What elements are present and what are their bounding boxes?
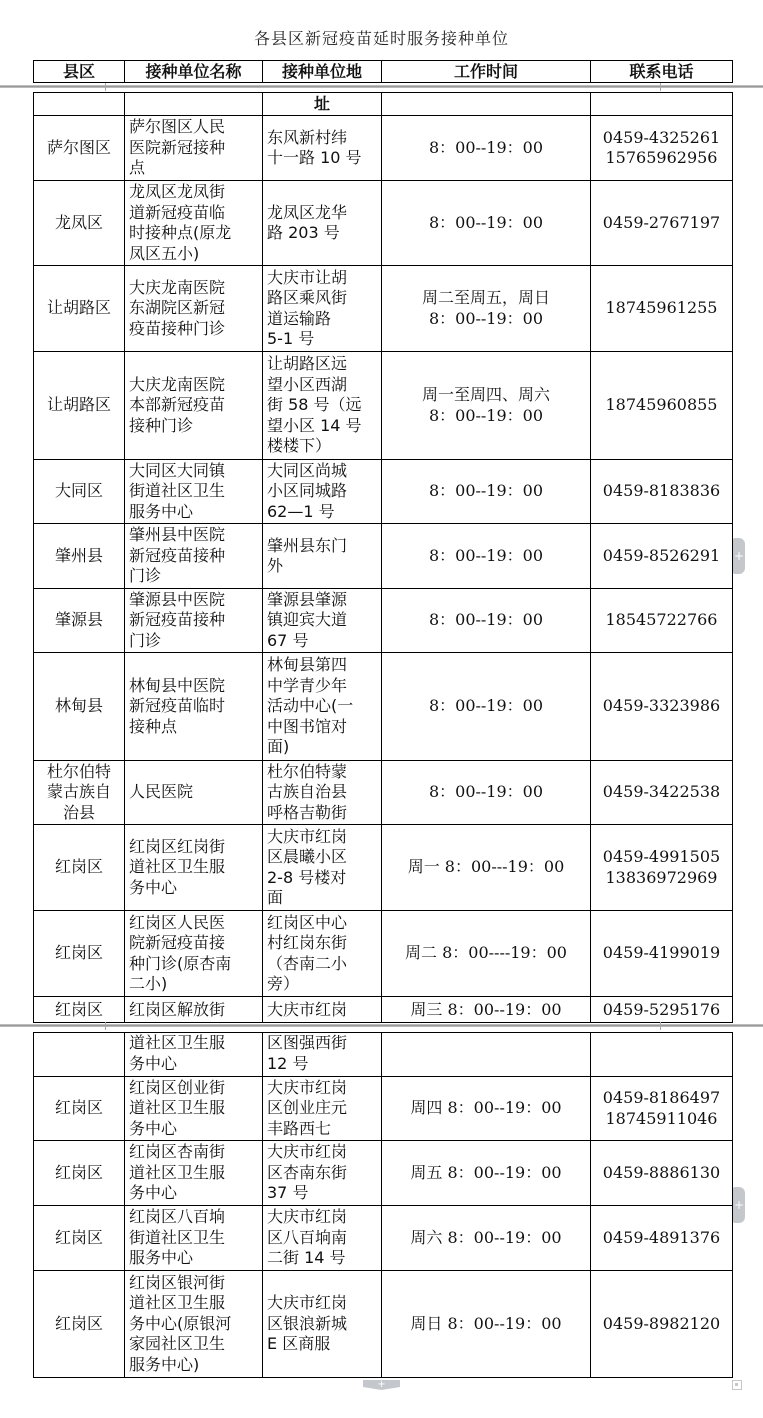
page-break-tick: [660, 1022, 661, 1030]
address-cell: 东风新村纬十一路 10 号: [263, 116, 382, 181]
hours-cell: 周二至周五，周日8：00--19：00: [382, 266, 591, 352]
address-cell: 大庆市红岗区创业庄元丰路西七: [263, 1077, 382, 1141]
address-cell-line: 楼楼下）: [267, 436, 377, 457]
unit-name-cell-line: 新冠疫苗临时: [129, 696, 258, 717]
unit-name-cell: 大同区大同镇街道社区卫生服务中心: [125, 460, 263, 524]
address-cell-line: 外: [267, 556, 377, 577]
plus-icon: +: [734, 549, 744, 563]
county-cell-line: 蒙古族自: [38, 782, 120, 803]
hours-cell-line: 8：00--19：00: [386, 138, 586, 159]
phone-cell-line: 18745960855: [595, 395, 728, 416]
county-cell-line: 红岗区: [38, 999, 120, 1021]
county-cell-line: 红岗区: [38, 943, 120, 964]
unit-name-cell: 红岗区红岗街道社区卫生服务中心: [125, 825, 263, 911]
address-cell: 大庆市红岗区杏南东街37 号: [263, 1141, 382, 1206]
address-cell: 红岗区中心村红岗东街（杏南二小旁）: [263, 911, 382, 997]
hours-cell: 8：00--19：00: [382, 589, 591, 653]
unit-name-cell-line: 大同区大同镇: [129, 461, 258, 482]
unit-name-cell-line: 道新冠疫苗临: [129, 203, 258, 224]
unit-name-cell-line: 萨尔图区人民: [129, 117, 258, 138]
hours-cell-line: 8：00--19：00: [386, 481, 586, 502]
table-row: 红岗区红岗区银河街道社区卫生服务中心(原银河家园社区卫生服务中心)大庆市红岗区银…: [34, 1271, 733, 1378]
phone-cell: [591, 1033, 733, 1077]
phone-cell-line: 18545722766: [595, 610, 728, 631]
address-cell-line: 67 号: [267, 631, 377, 652]
address-cell-line: 龙凤区龙华: [267, 203, 377, 224]
address-cell-line: 大庆市红岗: [267, 827, 377, 848]
address-cell-line: 林甸县第四: [267, 655, 377, 676]
unit-name-cell: 道社区卫生服务中心: [125, 1033, 263, 1077]
county-cell-line: 肇州县: [38, 546, 120, 567]
phone-cell: 0459-8526291: [591, 524, 733, 589]
unit-name-cell-line: 红岗区解放街: [129, 999, 258, 1021]
address-cell: 大庆市红岗区八百垧南二街 14 号: [263, 1206, 382, 1271]
address-cell-line: 区创业庄元: [267, 1098, 377, 1119]
unit-name-cell-line: 东湖院区新冠: [129, 298, 258, 319]
unit-name-cell-line: 务中心: [129, 1119, 258, 1140]
add-column-handle[interactable]: +: [733, 538, 745, 574]
unit-name-cell-line: 疫苗接种门诊: [129, 319, 258, 340]
phone-cell: 0459-8886130: [591, 1141, 733, 1206]
phone-cell: 0459-4891376: [591, 1206, 733, 1271]
phone-cell-line: 18745961255: [595, 298, 728, 319]
unit-name-cell: 龙凤区龙凤街道新冠疫苗临时接种点(原龙凤区五小): [125, 181, 263, 266]
phone-cell: 0459-3422538: [591, 761, 733, 825]
unit-name-cell-line: 服务中心: [129, 1248, 258, 1269]
address-cell-line: 中图书馆对: [267, 717, 377, 738]
county-cell-line: 红岗区: [38, 1314, 120, 1335]
unit-name-cell: 大庆龙南医院东湖院区新冠疫苗接种门诊: [125, 266, 263, 352]
unit-name-cell-line: 本部新冠疫苗: [129, 395, 258, 416]
table-row: 红岗区红岗区八百垧街道社区卫生服务中心大庆市红岗区八百垧南二街 14 号周六 8…: [34, 1206, 733, 1271]
unit-name-cell: 肇源县中医院新冠疫苗接种门诊: [125, 589, 263, 653]
hours-cell: 8：00--19：00: [382, 181, 591, 266]
address-cell-line: 古族自治县: [267, 782, 377, 803]
phone-cell-line: 0459-8886130: [595, 1163, 728, 1184]
page-break-tick: [105, 83, 106, 91]
unit-name-cell: 人民医院: [125, 761, 263, 825]
unit-name-cell-line: 院新冠疫苗接: [129, 933, 258, 954]
hours-cell-line: 周一 8：00---19：00: [386, 857, 586, 878]
empty-cell: [591, 93, 733, 116]
phone-cell-line: 13836972969: [595, 868, 728, 889]
address-cell-line: 让胡路区远: [267, 354, 377, 375]
county-cell: 红岗区: [34, 1206, 125, 1271]
address-cell-line: 杜尔伯特蒙: [267, 762, 377, 783]
county-cell: 红岗区: [34, 997, 125, 1023]
county-cell-line: 红岗区: [38, 1228, 120, 1249]
unit-name-cell-line: 接种点: [129, 717, 258, 738]
address-cell-line: 区八百垧南: [267, 1228, 377, 1249]
address-cell-line: 十一路 10 号: [267, 148, 377, 169]
unit-name-cell-line: 人民医院: [129, 782, 258, 803]
county-cell-line: 龙凤区: [38, 213, 120, 234]
phone-cell: 18745960855: [591, 352, 733, 460]
table-row: 红岗区红岗区杏南街道社区卫生服务中心大庆市红岗区杏南东街37 号周五 8：00-…: [34, 1141, 733, 1206]
unit-name-cell-line: 红岗区红岗街: [129, 837, 258, 858]
unit-name-cell: 红岗区人民医院新冠疫苗接种门诊(原杏南二小): [125, 911, 263, 997]
phone-cell-line: 0459-8183836: [595, 481, 728, 502]
unit-name-cell-line: 大庆龙南医院: [129, 375, 258, 396]
unit-name-cell-line: 红岗区杏南街: [129, 1142, 258, 1163]
county-cell: 红岗区: [34, 911, 125, 997]
phone-cell: 0459-4199019: [591, 911, 733, 997]
address-cell: 大庆市红岗区银浪新城E 区商服: [263, 1271, 382, 1378]
unit-name-cell-line: 服务中心: [129, 502, 258, 523]
table-row: 大同区大同区大同镇街道社区卫生服务中心大同区尚城小区同城路62—1 号8：00-…: [34, 460, 733, 524]
address-cell: 区图强西街12 号: [263, 1033, 382, 1077]
phone-cell: 0459-499150513836972969: [591, 825, 733, 911]
phone-cell-line: 0459-2767197: [595, 213, 728, 234]
address-cell-line: 红岗区中心: [267, 913, 377, 934]
county-cell: 杜尔伯特蒙古族自治县: [34, 761, 125, 825]
address-cell-line: 大同区尚城: [267, 461, 377, 482]
unit-name-cell-line: 道社区卫生服: [129, 1293, 258, 1314]
unit-name-cell-line: 道社区卫生服: [129, 857, 258, 878]
address-cell-line: E 区商服: [267, 1334, 377, 1355]
address-cell: 龙凤区龙华路 203 号: [263, 181, 382, 266]
hours-cell: 周一 8：00---19：00: [382, 825, 591, 911]
address-cell: 让胡路区远望小区西湖街 58 号（远望小区 14 号楼楼下）: [263, 352, 382, 460]
table-row: 萨尔图区萨尔图区人民医院新冠接种点东风新村纬十一路 10 号8：00--19：0…: [34, 116, 733, 181]
county-cell: 龙凤区: [34, 181, 125, 266]
address-cell-line: 大庆市让胡: [267, 268, 377, 289]
address-cell-line: 路 203 号: [267, 223, 377, 244]
unit-name-cell-line: 道社区卫生服: [129, 1098, 258, 1119]
unit-name-cell: 肇州县中医院新冠疫苗接种门诊: [125, 524, 263, 589]
unit-name-cell-line: 红岗区八百垧: [129, 1207, 258, 1228]
hours-cell: [382, 1033, 591, 1077]
address-cell-line: 区图强西街: [267, 1033, 377, 1054]
address-cell-line: 面): [267, 737, 377, 758]
table-row: 让胡路区大庆龙南医院本部新冠疫苗接种门诊让胡路区远望小区西湖街 58 号（远望小…: [34, 352, 733, 460]
address-cell-line: 道运输路: [267, 309, 377, 330]
address-cell: 肇州县东门外: [263, 524, 382, 589]
unit-name-cell: 萨尔图区人民医院新冠接种点: [125, 116, 263, 181]
county-cell-line: 肇源县: [38, 610, 120, 631]
hours-cell-line: 8：00--19：00: [386, 546, 586, 567]
unit-name-cell-line: 道社区卫生服: [129, 1163, 258, 1184]
county-cell: 红岗区: [34, 1077, 125, 1141]
unit-name-cell: 红岗区八百垧街道社区卫生服务中心: [125, 1206, 263, 1271]
table-header-segment: 县区 接种单位名称 接种单位地 工作时间 联系电话: [33, 60, 733, 83]
county-cell: 林甸县: [34, 653, 125, 761]
unit-name-cell: 红岗区创业街道社区卫生服务中心: [125, 1077, 263, 1141]
address-cell-line: 丰路西七: [267, 1119, 377, 1140]
county-cell: 萨尔图区: [34, 116, 125, 181]
unit-name-cell: 红岗区解放街: [125, 997, 263, 1023]
unit-name-cell-line: 种门诊(原杏南: [129, 954, 258, 975]
hours-cell-line: 周二 8：00----19：00: [386, 943, 586, 964]
phone-cell: 18545722766: [591, 589, 733, 653]
address-cell-line: 面: [267, 888, 377, 909]
unit-name-cell-line: 点: [129, 158, 258, 179]
hours-cell-line: 周六 8：00--19：00: [386, 1228, 586, 1249]
hours-cell-line: 8：00--19：00: [386, 406, 586, 427]
phone-cell: 0459-3323986: [591, 653, 733, 761]
address-cell-line: 望小区 14 号: [267, 416, 377, 437]
hours-cell-line: 周二至周五，周日: [386, 288, 586, 309]
hours-cell: 8：00--19：00: [382, 761, 591, 825]
unit-name-cell-line: 红岗区人民医: [129, 913, 258, 934]
unit-name-cell-line: 门诊: [129, 566, 258, 587]
hours-cell-line: 周五 8：00--19：00: [386, 1163, 586, 1184]
county-cell: 让胡路区: [34, 352, 125, 460]
address-cell-line: 5-1 号: [267, 329, 377, 350]
hours-cell: 周六 8：00--19：00: [382, 1206, 591, 1271]
address-cell-line: （杏南二小: [267, 954, 377, 975]
phone-cell-line: 0459-8186497: [595, 1088, 728, 1109]
address-cell-line: 肇州县东门: [267, 536, 377, 557]
county-cell: 大同区: [34, 460, 125, 524]
county-cell: 肇源县: [34, 589, 125, 653]
table-resize-handle[interactable]: [732, 1380, 742, 1390]
address-cell: 大庆市让胡路区乘风街道运输路5-1 号: [263, 266, 382, 352]
county-cell-line: 红岗区: [38, 1163, 120, 1184]
county-cell-line: 红岗区: [38, 857, 120, 878]
address-cell-line: 望小区西湖: [267, 375, 377, 396]
phone-cell-line: 0459-4199019: [595, 943, 728, 964]
unit-name-cell-line: 务中心: [129, 1054, 258, 1075]
unit-name-cell-line: 时接种点(原龙: [129, 223, 258, 244]
phone-cell: 0459-8183836: [591, 460, 733, 524]
unit-name-cell-line: 接种门诊: [129, 416, 258, 437]
empty-cell: [125, 93, 263, 116]
county-cell-line: 让胡路区: [38, 298, 120, 319]
hours-cell-line: 周一至周四、周六: [386, 385, 586, 406]
address-cell-line: 东风新村纬: [267, 128, 377, 149]
plus-icon: +: [734, 1198, 744, 1212]
unit-name-cell-line: 红岗区银河街: [129, 1273, 258, 1294]
phone-cell: 0459-432526115765962956: [591, 116, 733, 181]
hours-cell-line: 周日 8：00--19：00: [386, 1314, 586, 1335]
hours-cell-line: 8：00--19：00: [386, 782, 586, 803]
address-cell-line: 二街 14 号: [267, 1248, 377, 1269]
phone-cell-line: 18745911046: [595, 1109, 728, 1130]
county-cell: 肇州县: [34, 524, 125, 589]
county-cell-line: 萨尔图区: [38, 138, 120, 159]
table-row: 红岗区红岗区解放街大庆市红岗周三 8：00--19：000459-5295176: [34, 997, 733, 1023]
address-cell-line: 大庆市红岗: [267, 1078, 377, 1099]
unit-name-cell-line: 医院新冠接种: [129, 138, 258, 159]
phone-cell: 0459-8982120: [591, 1271, 733, 1378]
address-cell-line: 村红岗东街: [267, 933, 377, 954]
table-row: 林甸县林甸县中医院新冠疫苗临时接种点林甸县第四中学青少年活动中心(一中图书馆对面…: [34, 653, 733, 761]
page-break-tick: [105, 1022, 106, 1030]
phone-cell-line: 0459-5295176: [595, 999, 728, 1021]
hours-cell: 8：00--19：00: [382, 524, 591, 589]
address-cell-line: 路区乘风街: [267, 288, 377, 309]
phone-cell-line: 0459-8982120: [595, 1314, 728, 1335]
unit-name-cell: 林甸县中医院新冠疫苗临时接种点: [125, 653, 263, 761]
county-cell-line: 大同区: [38, 481, 120, 502]
phone-cell-line: 0459-4991505: [595, 847, 728, 868]
header-address: 接种单位地: [263, 61, 382, 83]
address-cell-line: 呼格吉勒街: [267, 803, 377, 824]
county-cell: 让胡路区: [34, 266, 125, 352]
hours-cell-line: 周三 8：00--19：00: [386, 999, 586, 1021]
hours-cell: 周五 8：00--19：00: [382, 1141, 591, 1206]
address-cell: 大庆市红岗: [263, 997, 382, 1023]
phone-cell-line: 0459-4891376: [595, 1228, 728, 1249]
table-row: 肇州县肇州县中医院新冠疫苗接种门诊肇州县东门外8：00--19：000459-8…: [34, 524, 733, 589]
table-row: 红岗区红岗区创业街道社区卫生服务中心大庆市红岗区创业庄元丰路西七周四 8：00-…: [34, 1077, 733, 1141]
empty-cell: [34, 93, 125, 116]
table-body-segment-2: 道社区卫生服务中心区图强西街12 号红岗区红岗区创业街道社区卫生服务中心大庆市红…: [33, 1032, 733, 1378]
address-cell-line: 街 58 号（远: [267, 395, 377, 416]
empty-cell: [382, 93, 591, 116]
county-cell-line: 红岗区: [38, 1098, 120, 1119]
unit-name-cell-line: 凤区五小): [129, 244, 258, 265]
phone-cell-line: 0459-3323986: [595, 696, 728, 717]
address-cell: 大庆市红岗区晨曦小区2-8 号楼对面: [263, 825, 382, 911]
unit-name-cell-line: 务中心: [129, 878, 258, 899]
address-cell: 大同区尚城小区同城路62—1 号: [263, 460, 382, 524]
header-phone: 联系电话: [591, 61, 733, 83]
phone-cell: 0459-818649718745911046: [591, 1077, 733, 1141]
table-row: 红岗区红岗区红岗街道社区卫生服务中心大庆市红岗区晨曦小区2-8 号楼对面周一 8…: [34, 825, 733, 911]
table-row: 道社区卫生服务中心区图强西街12 号: [34, 1033, 733, 1077]
hours-cell: 周二 8：00----19：00: [382, 911, 591, 997]
unit-name-cell-line: 肇源县中医院: [129, 590, 258, 611]
address-cell-line: 大庆市红岗: [267, 1293, 377, 1314]
unit-name-cell-line: 二小): [129, 974, 258, 995]
address-cell-line: 中学青少年: [267, 676, 377, 697]
phone-cell-line: 0459-4325261: [595, 128, 728, 149]
address-cell-line: 大庆市红岗: [267, 1207, 377, 1228]
phone-cell-line: 0459-8526291: [595, 546, 728, 567]
address-cell-line: 活动中心(一: [267, 696, 377, 717]
unit-name-cell-line: 大庆龙南医院: [129, 278, 258, 299]
unit-name-cell-line: 服务中心): [129, 1355, 258, 1376]
unit-name-cell-line: 肇州县中医院: [129, 525, 258, 546]
unit-name-cell-line: 街道社区卫生: [129, 481, 258, 502]
unit-name-cell-line: 门诊: [129, 631, 258, 652]
phone-cell-line: 15765962956: [595, 148, 728, 169]
hours-cell-line: 8：00--19：00: [386, 610, 586, 631]
address-cell-line: 旁）: [267, 974, 377, 995]
address-cell: 杜尔伯特蒙古族自治县呼格吉勒街: [263, 761, 382, 825]
add-row-handle[interactable]: +: [363, 1380, 400, 1390]
address-cell-line: 区杏南东街: [267, 1163, 377, 1184]
hours-cell: 周一至周四、周六8：00--19：00: [382, 352, 591, 460]
address-cell-line: 小区同城路: [267, 481, 377, 502]
address-cell-line: 肇源县肇源: [267, 590, 377, 611]
plus-icon: +: [377, 1379, 385, 1390]
county-cell: 红岗区: [34, 825, 125, 911]
hours-cell-line: 周四 8：00--19：00: [386, 1098, 586, 1119]
unit-name-cell-line: 新冠疫苗接种: [129, 546, 258, 567]
table-body-segment-1: 址 萨尔图区萨尔图区人民医院新冠接种点东风新村纬十一路 10 号8：00--19…: [33, 92, 733, 1023]
add-column-handle[interactable]: +: [733, 1187, 745, 1223]
unit-name-cell: 红岗区银河街道社区卫生服务中心(原银河家园社区卫生服务中心): [125, 1271, 263, 1378]
county-cell-line: 林甸县: [38, 696, 120, 717]
unit-name-cell-line: 家园社区卫生: [129, 1334, 258, 1355]
hours-cell: 8：00--19：00: [382, 116, 591, 181]
header-unit: 接种单位名称: [125, 61, 263, 83]
phone-cell: 0459-5295176: [591, 997, 733, 1023]
header-county: 县区: [34, 61, 125, 83]
page-break-divider: [0, 1024, 763, 1027]
header-hours: 工作时间: [382, 61, 591, 83]
hours-cell-line: 8：00--19：00: [386, 696, 586, 717]
address-cell-line: 37 号: [267, 1183, 377, 1204]
page-break-tick: [660, 83, 661, 91]
unit-name-cell-line: 红岗区创业街: [129, 1078, 258, 1099]
address-cell-line: 区银浪新城: [267, 1314, 377, 1335]
header-row: 县区 接种单位名称 接种单位地 工作时间 联系电话: [34, 61, 733, 83]
hours-cell: 8：00--19：00: [382, 460, 591, 524]
unit-name-cell-line: 新冠疫苗接种: [129, 610, 258, 631]
unit-name-cell-line: 林甸县中医院: [129, 676, 258, 697]
unit-name-cell-line: 务中心(原银河: [129, 1314, 258, 1335]
table-row: 让胡路区大庆龙南医院东湖院区新冠疫苗接种门诊大庆市让胡路区乘风街道运输路5-1 …: [34, 266, 733, 352]
hours-cell: 8：00--19：00: [382, 653, 591, 761]
header-continuation-row: 址: [34, 93, 733, 116]
unit-name-cell: 大庆龙南医院本部新冠疫苗接种门诊: [125, 352, 263, 460]
county-cell-line: 治县: [38, 803, 120, 824]
hours-cell-line: 8：00--19：00: [386, 213, 586, 234]
hours-cell: 周四 8：00--19：00: [382, 1077, 591, 1141]
address-cell: 肇源县肇源镇迎宾大道67 号: [263, 589, 382, 653]
address-cell-line: 大庆市红岗: [267, 999, 377, 1021]
county-cell: 红岗区: [34, 1271, 125, 1378]
header-address-continuation: 址: [263, 93, 382, 116]
county-cell: [34, 1033, 125, 1077]
address-cell-line: 镇迎宾大道: [267, 610, 377, 631]
county-cell-line: 杜尔伯特: [38, 762, 120, 783]
page-break-divider: [0, 85, 763, 88]
address-cell-line: 62—1 号: [267, 502, 377, 523]
table-row: 龙凤区龙凤区龙凤街道新冠疫苗临时接种点(原龙凤区五小)龙凤区龙华路 203 号8…: [34, 181, 733, 266]
address-cell-line: 2-8 号楼对: [267, 868, 377, 889]
table-row: 红岗区红岗区人民医院新冠疫苗接种门诊(原杏南二小)红岗区中心村红岗东街（杏南二小…: [34, 911, 733, 997]
hours-cell: 周三 8：00--19：00: [382, 997, 591, 1023]
table-row: 肇源县肇源县中医院新冠疫苗接种门诊肇源县肇源镇迎宾大道67 号8：00--19：…: [34, 589, 733, 653]
phone-cell-line: 0459-3422538: [595, 782, 728, 803]
address-cell-line: 区晨曦小区: [267, 847, 377, 868]
address-cell-line: 大庆市红岗: [267, 1142, 377, 1163]
address-cell-line: 12 号: [267, 1054, 377, 1075]
table-row: 杜尔伯特蒙古族自治县人民医院杜尔伯特蒙古族自治县呼格吉勒街8：00--19：00…: [34, 761, 733, 825]
phone-cell: 18745961255: [591, 266, 733, 352]
unit-name-cell-line: 务中心: [129, 1183, 258, 1204]
document-title: 各县区新冠疫苗延时服务接种单位: [0, 26, 763, 49]
address-cell: 林甸县第四中学青少年活动中心(一中图书馆对面): [263, 653, 382, 761]
unit-name-cell-line: 街道社区卫生: [129, 1228, 258, 1249]
hours-cell: 周日 8：00--19：00: [382, 1271, 591, 1378]
unit-name-cell-line: 龙凤区龙凤街: [129, 182, 258, 203]
unit-name-cell: 红岗区杏南街道社区卫生服务中心: [125, 1141, 263, 1206]
hours-cell-line: 8：00--19：00: [386, 309, 586, 330]
unit-name-cell-line: 道社区卫生服: [129, 1033, 258, 1054]
county-cell: 红岗区: [34, 1141, 125, 1206]
county-cell-line: 让胡路区: [38, 395, 120, 416]
phone-cell: 0459-2767197: [591, 181, 733, 266]
